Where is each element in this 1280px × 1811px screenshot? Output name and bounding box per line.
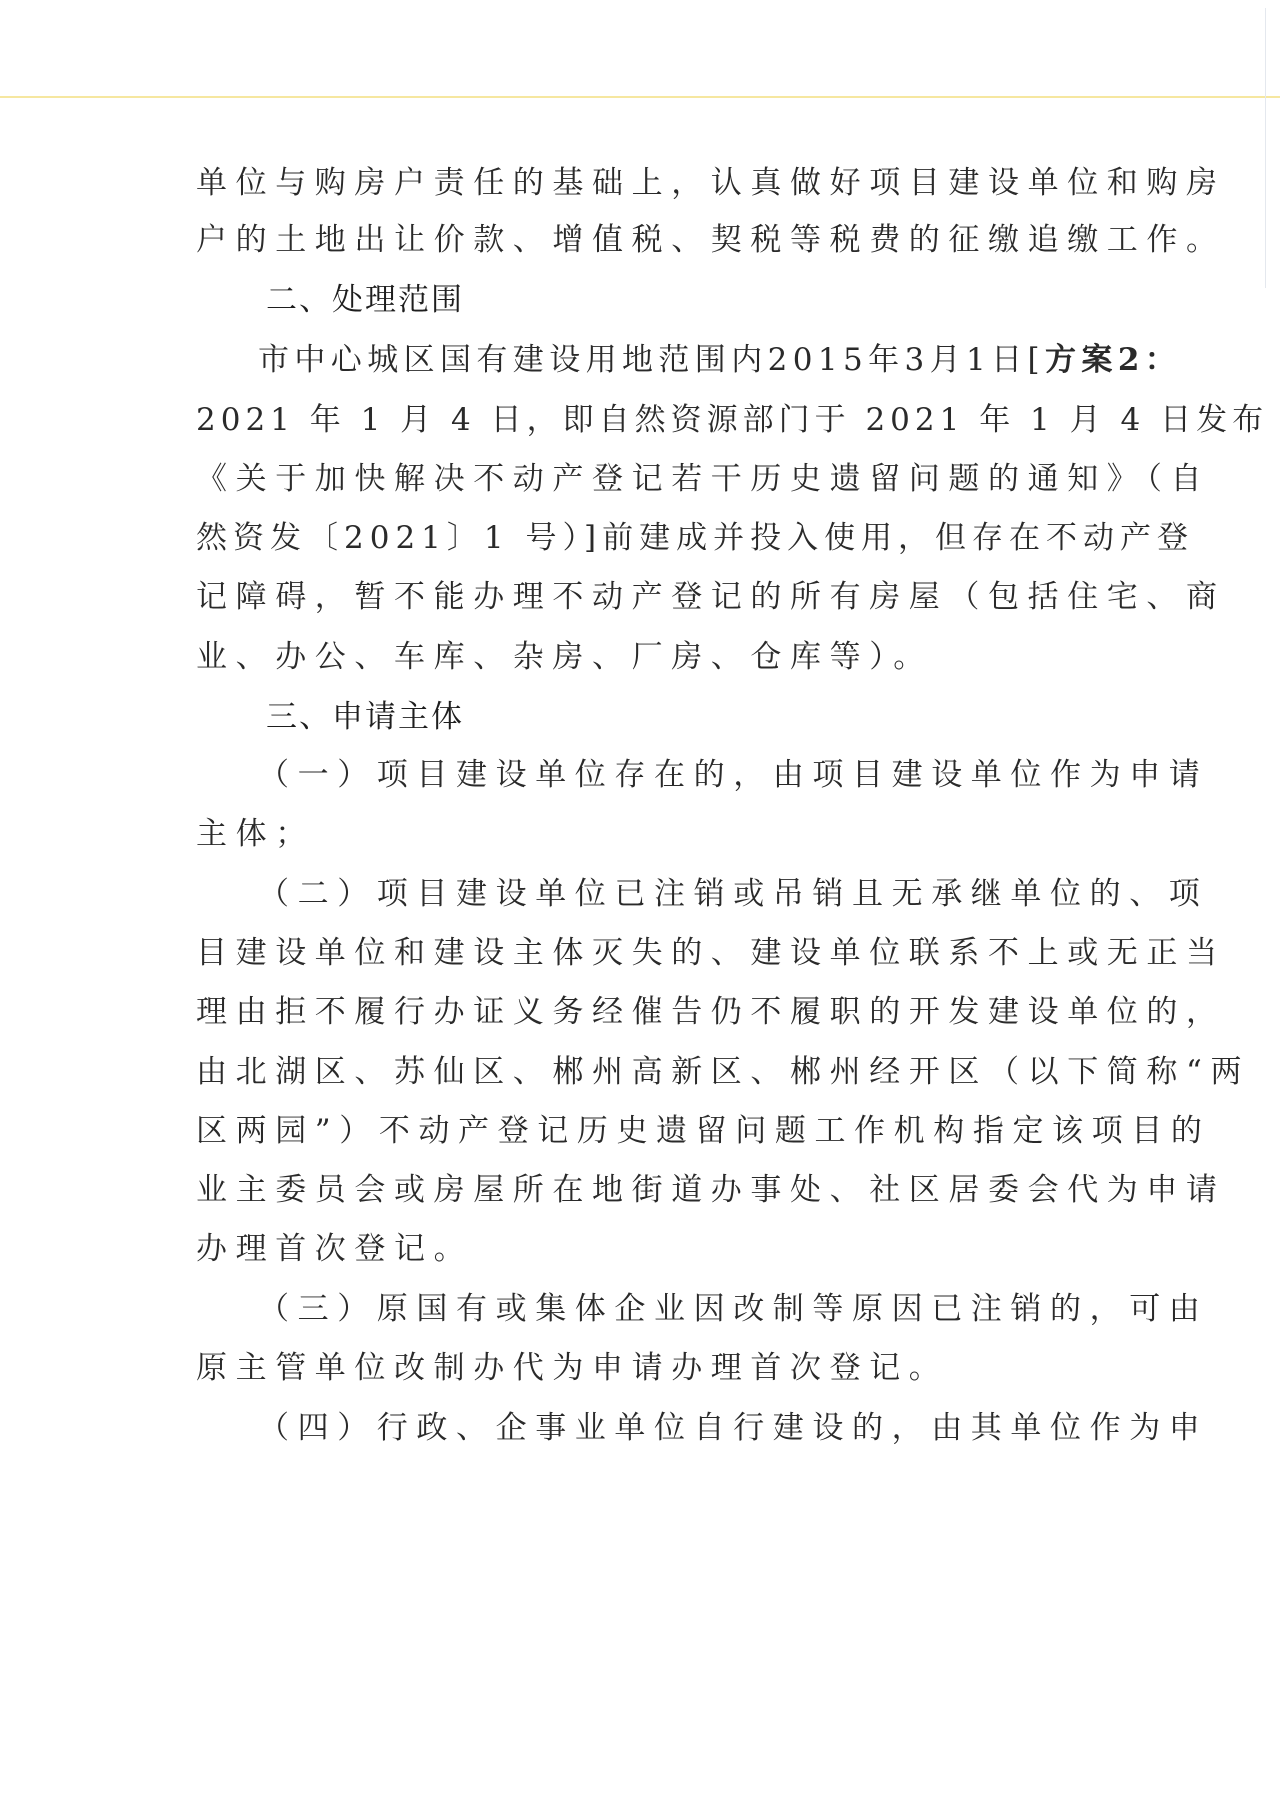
scheme-label: 方案2： [1045,342,1181,378]
paragraph-line: 2021 年 1 月 4 日，即自然资源部门于 2021 年 1 月 4 日发布 [196,400,1086,440]
scan-edge-line [1265,8,1266,288]
paragraph-line: （一）项目建设单位存在的，由项目建设单位作为申请 [196,755,1086,795]
paragraph-line: 原主管单位改制办代为申请办理首次登记。 [196,1348,1086,1388]
scope-text: 市中心城区国有建设用地范围内2015年3月1日[ [258,342,1045,378]
section-heading-scope: 二、处理范围 [266,280,464,320]
header-accent-rule [0,96,1280,98]
paragraph-line: （四）行政、企事业单位自行建设的，由其单位作为申 [196,1408,1086,1448]
section-heading-applicant: 三、申请主体 [266,697,464,737]
paragraph-line: 户的土地出让价款、增值税、契税等税费的征缴追缴工作。 [196,220,1086,260]
paragraph-line: （三）原国有或集体企业因改制等原因已注销的，可由 [196,1289,1086,1329]
paragraph-line: 主体； [196,814,1086,854]
paragraph-line: （二）项目建设单位已注销或吊销且无承继单位的、项 [196,874,1086,914]
paragraph-line: 市中心城区国有建设用地范围内2015年3月1日[方案2： [196,340,1086,380]
paragraph-line: 《关于加快解决不动产登记若干历史遗留问题的通知》（自 [196,459,1086,499]
paragraph-line: 目建设单位和建设主体灭失的、建设单位联系不上或无正当 [196,933,1086,973]
paragraph-line: 单位与购房户责任的基础上，认真做好项目建设单位和购房 [196,163,1086,203]
paragraph-line: 由北湖区、苏仙区、郴州高新区、郴州经开区（以下简称“两 [196,1052,1086,1092]
paragraph-line: 业、办公、车库、杂房、厂房、仓库等）。 [196,637,1086,677]
paragraph-line: 业主委员会或房屋所在地街道办事处、社区居委会代为申请 [196,1170,1086,1210]
paragraph-line: 区两园”）不动产登记历史遗留问题工作机构指定该项目的 [196,1111,1086,1151]
paragraph-line: 理由拒不履行办证义务经催告仍不履职的开发建设单位的， [196,992,1086,1032]
paragraph-line: 办理首次登记。 [196,1229,1086,1269]
paragraph-line: 记障碍，暂不能办理不动产登记的所有房屋（包括住宅、商 [196,577,1086,617]
paragraph-line: 然资发〔2021〕1 号）]前建成并投入使用，但存在不动产登 [196,518,1086,558]
